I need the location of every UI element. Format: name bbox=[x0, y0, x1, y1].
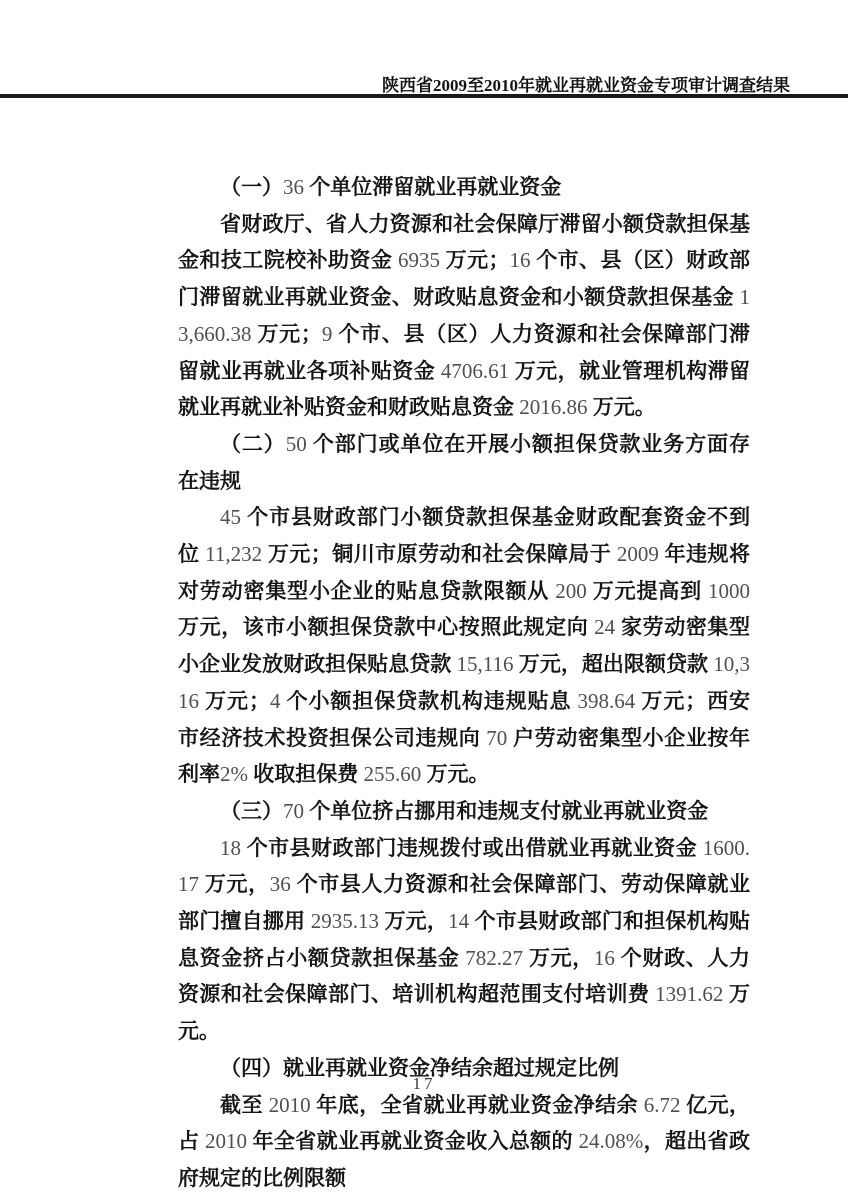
section-heading: （二）50 个部门或单位在开展小额担保贷款业务方面存在违规 bbox=[178, 426, 750, 499]
numeric-text: 9 bbox=[322, 322, 338, 346]
numeric-text: 36 bbox=[270, 872, 297, 896]
cjk-text: 万元；铜川市原劳动和社会保障局于 bbox=[268, 542, 617, 566]
numeric-text: 2010 bbox=[269, 1093, 317, 1117]
paragraph: 45 个市县财政部门小额贷款担保基金财政配套资金不到位 11,232 万元；铜川… bbox=[178, 499, 750, 793]
numeric-text: 18 bbox=[220, 836, 247, 860]
page-number: 17 bbox=[0, 1074, 848, 1094]
numeric-text: 255.60 bbox=[364, 762, 427, 786]
numeric-text: 2% bbox=[220, 762, 253, 786]
cjk-text: （一） bbox=[220, 175, 283, 199]
numeric-text: 50 bbox=[286, 432, 313, 456]
cjk-text: 个单位滞留就业再就业资金 bbox=[309, 175, 561, 199]
numeric-text: 1000 bbox=[708, 579, 750, 603]
cjk-text: 万元； bbox=[257, 322, 321, 346]
numeric-text: 70 bbox=[283, 799, 309, 823]
cjk-text: （二） bbox=[220, 432, 286, 456]
cjk-text: （三） bbox=[220, 799, 283, 823]
cjk-text: 万元； bbox=[205, 689, 270, 713]
cjk-text: 万元提高到 bbox=[593, 579, 708, 603]
cjk-text: 个市县财政部门违规拨付或出借就业再就业资金 bbox=[247, 836, 703, 860]
paragraph: 省财政厅、省人力资源和社会保障厅滞留小额贷款担保基金和技工院校补助资金 6935… bbox=[178, 206, 750, 426]
section-heading: （一）36 个单位滞留就业再就业资金 bbox=[178, 169, 750, 206]
cjk-text: 截至 bbox=[220, 1093, 269, 1117]
section-heading: （三）70 个单位挤占挪用和违规支付就业再就业资金 bbox=[178, 793, 750, 830]
document-page: 陕西省2009至2010年就业再就业资金专项审计调查结果 （一）36 个单位滞留… bbox=[0, 0, 848, 1200]
cjk-text: 个小额担保贷款机构违规贴息 bbox=[287, 689, 578, 713]
cjk-text: 年底，全省就业再就业资金净结余 bbox=[316, 1093, 643, 1117]
cjk-text: 万元。 bbox=[427, 762, 490, 786]
numeric-text: 2935.13 bbox=[311, 909, 385, 933]
numeric-text: 200 bbox=[555, 579, 593, 603]
cjk-text: 万元， bbox=[205, 872, 270, 896]
numeric-text: 2016.86 bbox=[519, 395, 593, 419]
numeric-text: 4706.61 bbox=[441, 359, 515, 383]
numeric-text: 11,232 bbox=[205, 542, 268, 566]
cjk-text: 个单位挤占挪用和违规支付就业再就业资金 bbox=[309, 799, 708, 823]
numeric-text: 24.08% bbox=[579, 1129, 644, 1153]
numeric-text: 2009 bbox=[617, 542, 665, 566]
numeric-text: 24 bbox=[594, 615, 621, 639]
header-rule bbox=[0, 94, 848, 98]
cjk-text: 万元， bbox=[529, 946, 594, 970]
numeric-text: 36 bbox=[283, 175, 309, 199]
cjk-text: 万元，超出限额贷款 bbox=[519, 652, 713, 676]
page-header-title: 陕西省2009至2010年就业再就业资金专项审计调查结果 bbox=[382, 71, 790, 96]
numeric-text: 4 bbox=[270, 689, 287, 713]
numeric-text: 6935 bbox=[398, 248, 446, 272]
numeric-text: 16 bbox=[594, 946, 621, 970]
numeric-text: 6.72 bbox=[644, 1093, 686, 1117]
numeric-text: 1391.62 bbox=[655, 982, 729, 1006]
numeric-text: 14 bbox=[448, 909, 474, 933]
numeric-text: 782.27 bbox=[465, 946, 529, 970]
numeric-text: 398.64 bbox=[578, 689, 642, 713]
numeric-text: 2010 bbox=[205, 1129, 253, 1153]
cjk-text: 万元，该市小额担保贷款中心按照此规定向 bbox=[178, 615, 594, 639]
cjk-text: 收取担保费 bbox=[253, 762, 363, 786]
cjk-text: 万元。 bbox=[593, 395, 656, 419]
cjk-text: 年全省就业再就业资金收入总额的 bbox=[253, 1129, 579, 1153]
cjk-text: 万元， bbox=[384, 909, 448, 933]
numeric-text: 45 bbox=[220, 505, 247, 529]
numeric-text: 16 bbox=[510, 248, 537, 272]
numeric-text: 70 bbox=[486, 726, 513, 750]
document-body: （一）36 个单位滞留就业再就业资金省财政厅、省人力资源和社会保障厅滞留小额贷款… bbox=[178, 169, 750, 1197]
paragraph: 18 个市县财政部门违规拨付或出借就业再就业资金 1600.17 万元，36 个… bbox=[178, 830, 750, 1050]
paragraph: 截至 2010 年底，全省就业再就业资金净结余 6.72 亿元，占 2010 年… bbox=[178, 1087, 750, 1197]
numeric-text: 15,116 bbox=[457, 652, 519, 676]
cjk-text: 万元； bbox=[446, 248, 510, 272]
